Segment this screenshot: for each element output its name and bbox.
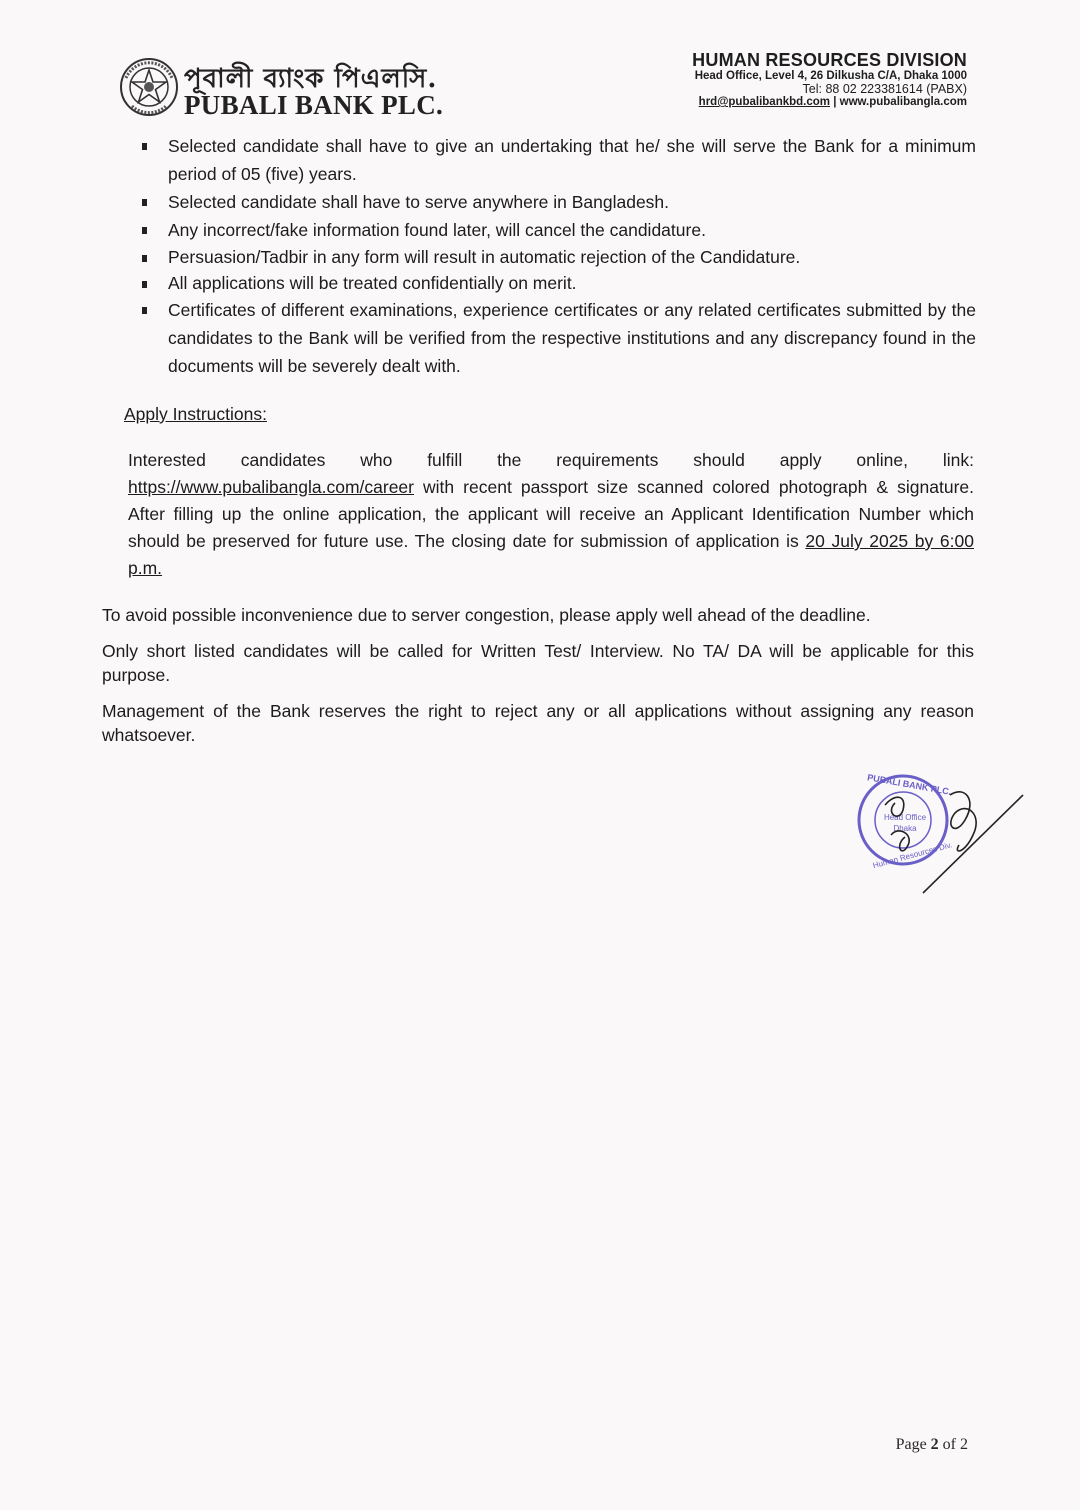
- page-number: Page 2 of 2: [896, 1436, 968, 1454]
- condition-item: All applications will be treated confide…: [142, 270, 976, 296]
- apply-instructions-text: Interested candidates who fulfill the re…: [128, 447, 974, 582]
- bullet-icon: [142, 227, 147, 234]
- note-server-congestion: To avoid possible inconvenience due to s…: [102, 603, 974, 627]
- official-stamp-signature-icon: PUBALI BANK PLC. Head Office Dhaka Human…: [855, 765, 1030, 895]
- bullet-icon: [142, 255, 147, 262]
- bullet-icon: [142, 199, 147, 206]
- bullet-icon: [142, 307, 147, 314]
- bullet-icon: [142, 143, 147, 150]
- svg-text:Human Resources Div.: Human Resources Div.: [872, 840, 953, 870]
- condition-item: Persuasion/Tadbir in any form will resul…: [142, 244, 976, 270]
- note-shortlist: Only short listed candidates will be cal…: [102, 639, 974, 687]
- contact-line: hrd@pubalibankbd.com | www.pubalibangla.…: [692, 96, 967, 109]
- apply-instructions-heading: Apply Instructions:: [124, 400, 267, 428]
- document-page: পূবালী ব্যাংক পিএলসি. PUBALI BANK PLC. H…: [0, 0, 1080, 1510]
- bank-logo: পূবালী ব্যাংক পিএলসি. PUBALI BANK PLC.: [118, 52, 458, 122]
- condition-item: Selected candidate shall have to serve a…: [142, 188, 976, 216]
- email-link[interactable]: hrd@pubalibankbd.com: [699, 96, 830, 108]
- bullet-icon: [142, 281, 147, 288]
- condition-item: Any incorrect/fake information found lat…: [142, 216, 976, 244]
- svg-text:Head Office: Head Office: [884, 813, 927, 822]
- condition-item: Certificates of different examinations, …: [142, 296, 976, 380]
- website-link[interactable]: www.pubalibangla.com: [840, 96, 967, 108]
- bank-emblem-icon: [118, 56, 180, 118]
- note-management-rights: Management of the Bank reserves the righ…: [102, 699, 974, 747]
- career-link[interactable]: https://www.pubalibangla.com/career: [128, 477, 414, 497]
- hr-division-header: HUMAN RESOURCES DIVISION Head Office, Le…: [692, 50, 967, 109]
- separator: |: [830, 96, 840, 108]
- logo-english-text: PUBALI BANK PLC.: [184, 90, 443, 121]
- telephone: Tel: 88 02 223381614 (PABX): [692, 83, 967, 96]
- division-title: HUMAN RESOURCES DIVISION: [692, 50, 967, 70]
- conditions-list: Selected candidate shall have to give an…: [142, 132, 976, 380]
- condition-item: Selected candidate shall have to give an…: [142, 132, 976, 188]
